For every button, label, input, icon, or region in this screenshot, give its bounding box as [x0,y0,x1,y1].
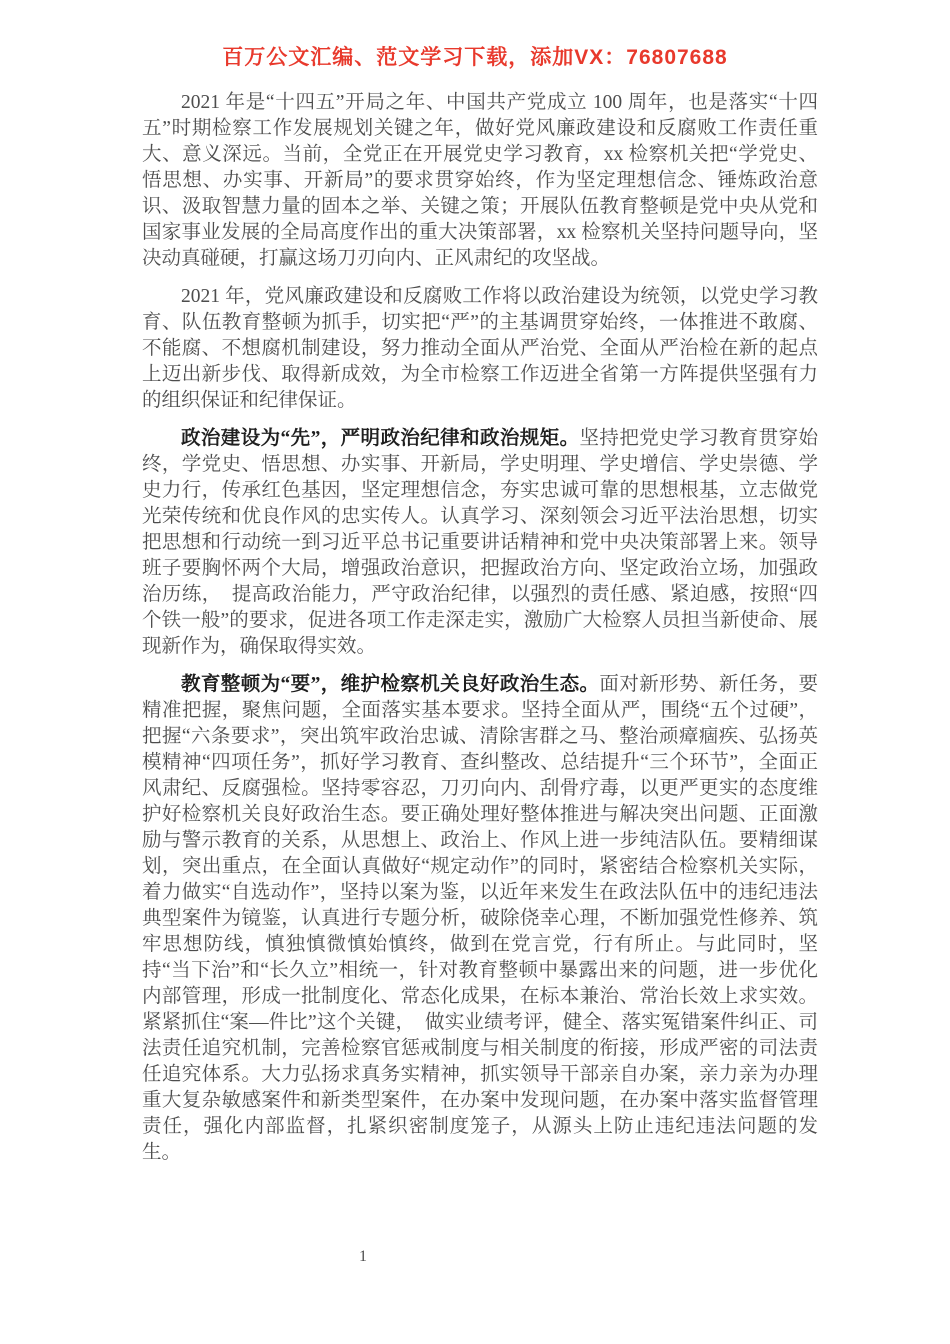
paragraph-bold-lead: 教育整顿为“要”，维护检察机关良好政治生态。 [181,674,599,695]
paragraph-bold-lead: 政治建设为“先”，严明政治纪律和政治规矩。 [181,428,580,449]
document-page: 百万公文汇编、范文学习下载，添加VX：76807688 2021 年是“十四五”… [0,0,950,1344]
document-body: 2021 年是“十四五”开局之年、中国共产党成立 100 周年，也是落实“十四五… [142,90,818,1178]
ad-banner-text: 百万公文汇编、范文学习下载，添加VX：76807688 [0,42,950,74]
paragraph-political-construction: 政治建设为“先”，严明政治纪律和政治规矩。坚持把党史学习教育贯穿始终，学党史、悟… [142,426,818,660]
paragraph-text: 2021 年，党风廉政建设和反腐败工作将以政治建设为统领，以党史学习教育、队伍教… [142,286,818,411]
paragraph-text: 坚持把党史学习教育贯穿始终，学党史、悟思想、办实事、开新局，学史明理、学史增信、… [142,428,818,657]
paragraph-intro: 2021 年是“十四五”开局之年、中国共产党成立 100 周年，也是落实“十四五… [142,90,818,272]
paragraph-outlook: 2021 年，党风廉政建设和反腐败工作将以政治建设为统领，以党史学习教育、队伍教… [142,284,818,414]
paragraph-text: 面对新形势、新任务，要精准把握，聚焦问题，全面落实基本要求。坚持全面从严，围绕“… [142,674,818,1163]
paragraph-education-rectification: 教育整顿为“要”，维护检察机关良好政治生态。面对新形势、新任务，要精准把握，聚焦… [142,672,818,1166]
page-number: 1 [343,1246,383,1268]
paragraph-text: 2021 年是“十四五”开局之年、中国共产党成立 100 周年，也是落实“十四五… [142,92,818,269]
